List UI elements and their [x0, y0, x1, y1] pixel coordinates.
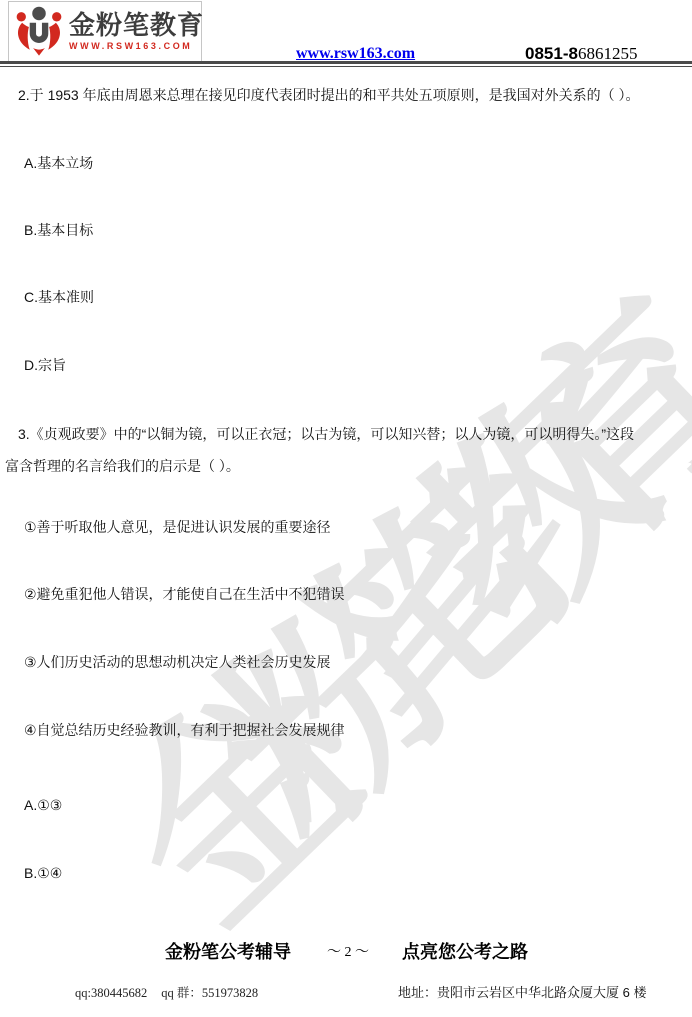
question-3-statement-2: ②避免重犯他人错误，才能使自己在生活中不犯错误: [24, 586, 664, 603]
brand-text-block: 金粉笔教育 WWW.RSW163.COM: [69, 12, 204, 51]
contact-qq-block: qq:380445682qq 群：551973828: [75, 983, 258, 1001]
question-3-text-line-1: 3.《贞观政要》中的“以铜为镜，可以正衣冠；以古为镜，可以知兴替；以人为镜，可以…: [5, 418, 665, 450]
contact-qq: qq:380445682: [75, 986, 147, 1000]
question-2-option-c: C.基本准则: [24, 289, 664, 306]
question-2-text: 2.于 1953 年底由周恩来总理在接见印度代表团时提出的和平共处五项原则，是我…: [5, 79, 665, 111]
question-3-text-line-2: 富含哲理的名言给我们的启示是（ ）。: [5, 450, 665, 482]
question-2-option-a: A.基本立场: [24, 155, 664, 172]
brand-logo-icon: [12, 5, 66, 59]
footer-slogan: 点亮您公考之路: [402, 938, 528, 964]
question-2-option-b: B.基本目标: [24, 222, 664, 239]
document-page: 金粉笔教育 金粉笔教育 WWW.RSW163.COM www.rsw163.co…: [0, 0, 692, 1017]
brand-caption: WWW.RSW163.COM: [69, 41, 204, 51]
brand-name: 金粉笔教育: [69, 12, 204, 39]
question-3-option-a: A.①③: [24, 797, 664, 814]
page-number: ～ 2 ～: [327, 941, 369, 961]
brand-logo: 金粉笔教育 WWW.RSW163.COM: [8, 1, 202, 62]
contact-address: 地址：贵阳市云岩区中华北路众厦大厦 6 楼: [398, 982, 646, 1001]
question-3-option-b: B.①④: [24, 865, 664, 882]
header-divider: [0, 61, 692, 67]
question-2-option-d: D.宗旨: [24, 357, 664, 374]
contact-qq-group: qq 群：551973828: [161, 986, 258, 1000]
question-3-statement-4: ④自觉总结历史经验教训，有利于把握社会发展规律: [24, 722, 664, 739]
question-3-statement-1: ①善于听取他人意见，是促进认识发展的重要途径: [24, 519, 664, 536]
question-3-statement-3: ③人们历史活动的思想动机决定人类社会历史发展: [24, 654, 664, 671]
footer-course-label: 金粉笔公考辅导: [165, 938, 291, 964]
